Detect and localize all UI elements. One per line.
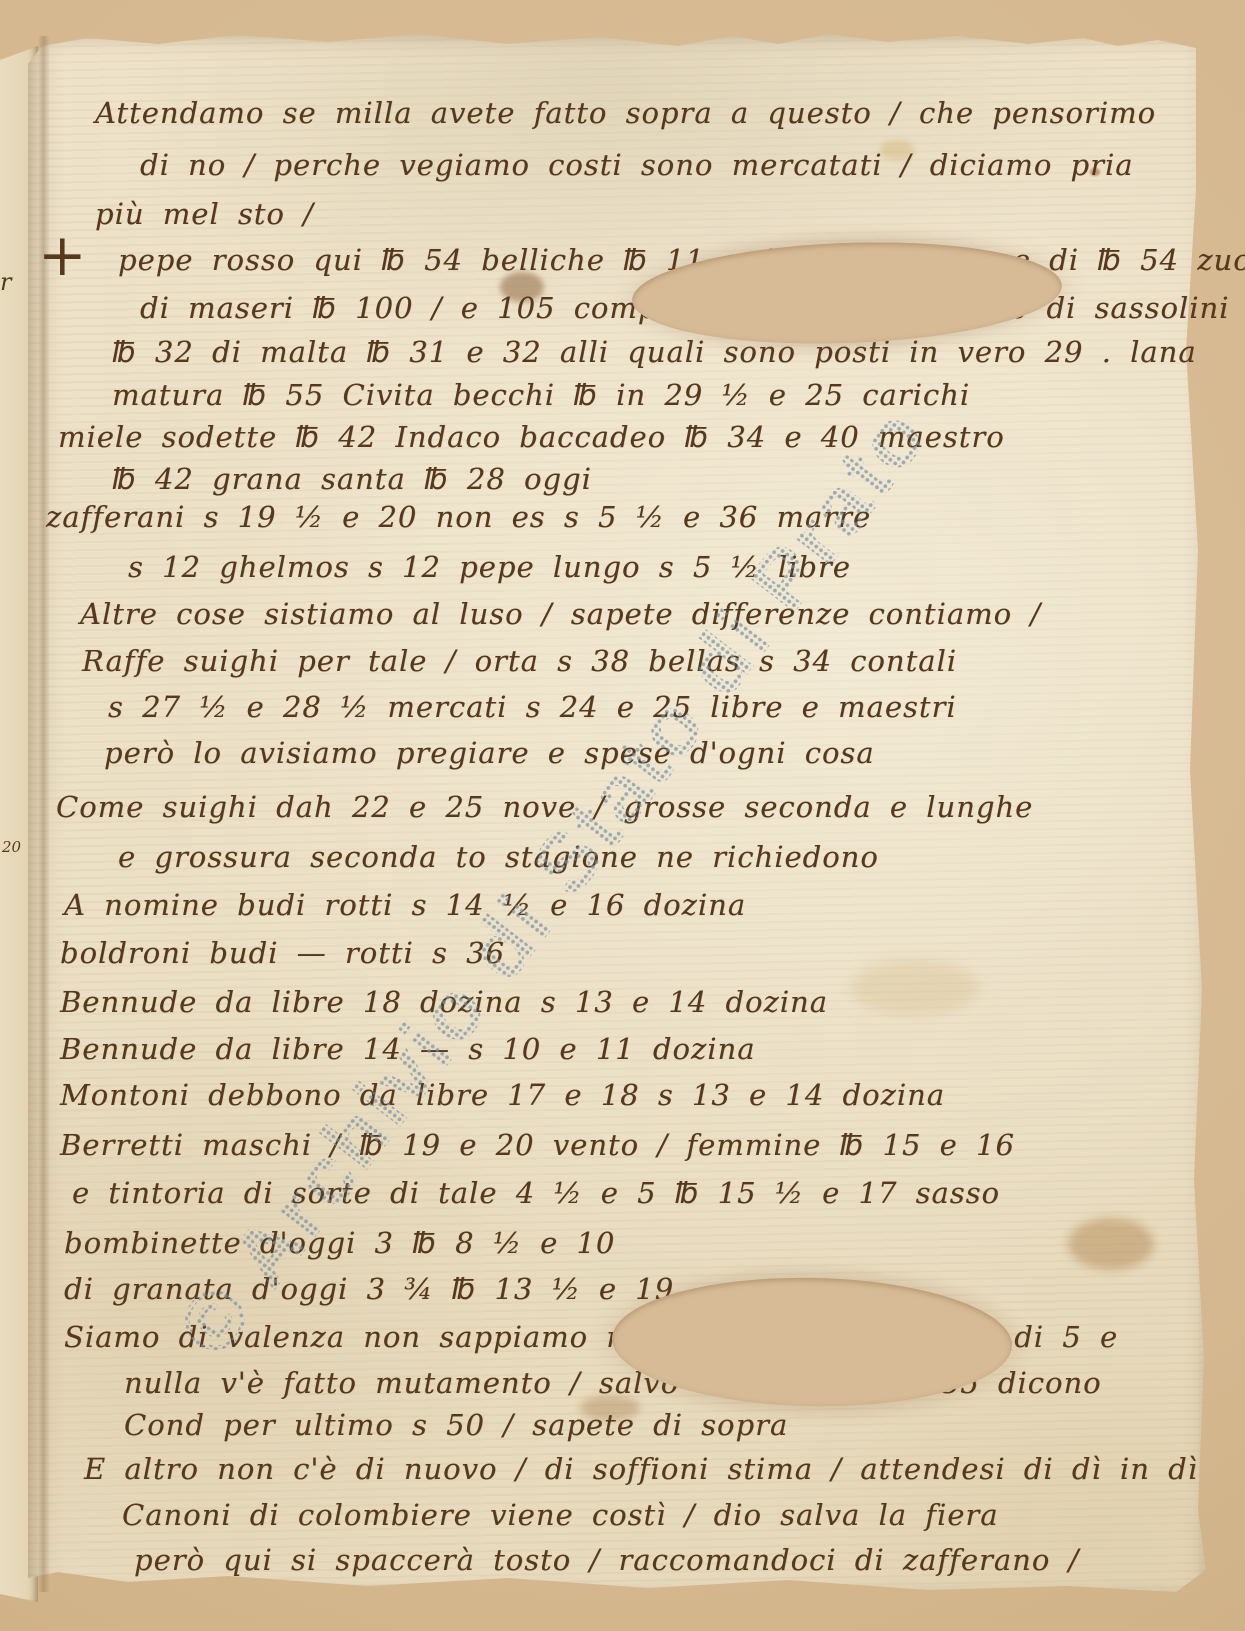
scan-canvas: Attendamo se milla avete fatto sopra a q… xyxy=(0,0,1245,1631)
margin-mark: 20 xyxy=(2,840,21,855)
margin-mark: r xyxy=(0,270,11,294)
margin-marks: +r20 xyxy=(0,0,1245,1631)
margin-mark: + xyxy=(38,226,87,284)
